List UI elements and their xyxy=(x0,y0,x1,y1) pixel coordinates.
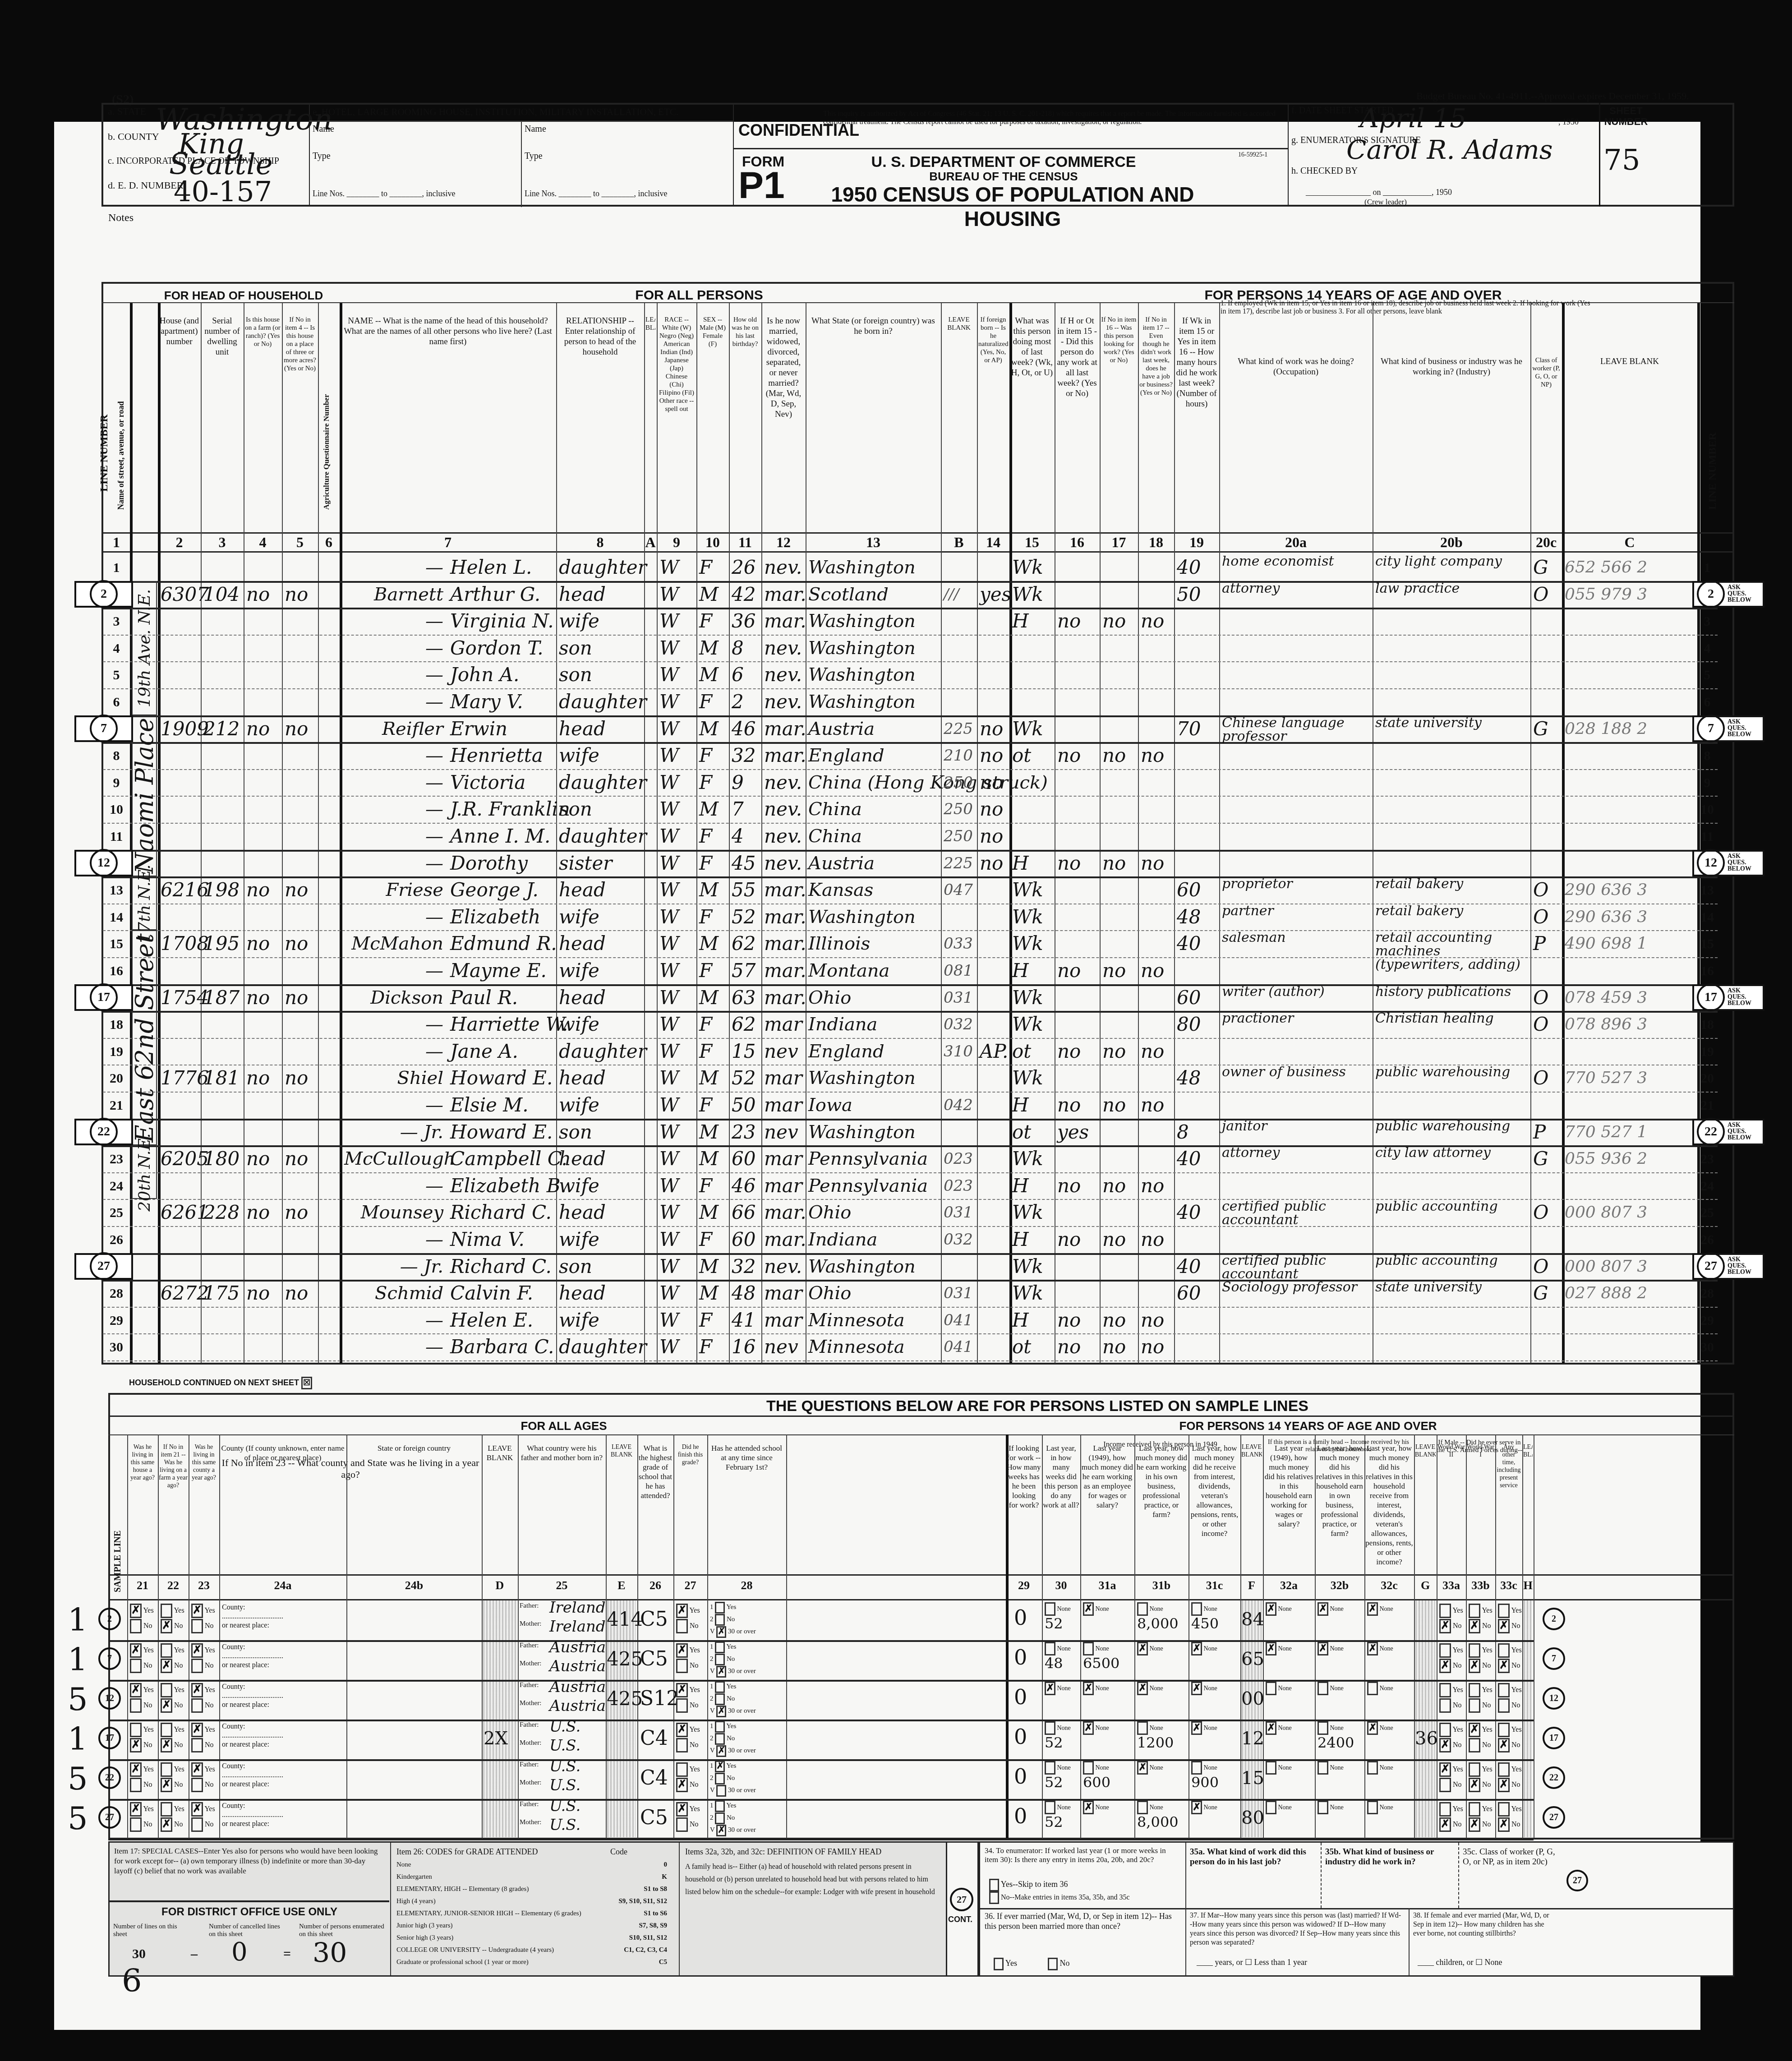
q33c-checkbox[interactable]: Yes✗ No xyxy=(1498,1802,1522,1832)
q33c-checkbox-no[interactable]: ✗ xyxy=(1498,1778,1510,1792)
q33c-checkbox-no[interactable]: ✗ xyxy=(1498,1619,1510,1633)
q21-checkbox-yes[interactable]: ✗ xyxy=(130,1762,142,1777)
q33c-checkbox[interactable]: Yes✗ No xyxy=(1498,1603,1522,1634)
q23-checkbox[interactable]: ✗ Yes No xyxy=(191,1762,215,1793)
q24a-field[interactable]: County:.................................… xyxy=(222,1683,344,1710)
income-cell-32a[interactable]: ✗ None xyxy=(1266,1602,1312,1638)
q33b-checkbox[interactable]: Yes✗ No xyxy=(1469,1643,1493,1674)
income-cell-31a[interactable]: ✗ None xyxy=(1083,1721,1132,1757)
none-checkbox[interactable]: ✗ xyxy=(1318,1602,1328,1616)
q21-checkbox-no[interactable] xyxy=(130,1659,142,1673)
cell-farm: no xyxy=(246,931,270,956)
q21-checkbox[interactable]: ✗ Yes No xyxy=(130,1802,154,1832)
none-checkbox[interactable] xyxy=(1137,1602,1148,1616)
income-cell-31b[interactable]: None8,000 xyxy=(1137,1602,1186,1638)
q23-checkbox-no[interactable] xyxy=(191,1619,203,1633)
q33a-checkbox-no[interactable]: ✗ xyxy=(1439,1738,1451,1752)
q33c-checkbox[interactable]: Yes✗ No xyxy=(1498,1722,1522,1753)
q33a-checkbox-yes[interactable] xyxy=(1439,1802,1451,1817)
q36-yes-option[interactable]: Yes xyxy=(994,1958,1017,1970)
q24a-field[interactable]: County:.................................… xyxy=(222,1722,344,1749)
none-checkbox[interactable]: ✗ xyxy=(1083,1721,1094,1735)
q22-checkbox-yes[interactable] xyxy=(161,1683,172,1697)
q23-checkbox[interactable]: ✗ Yes No xyxy=(191,1722,215,1753)
income-cell-31c[interactable]: ✗ None xyxy=(1191,1682,1238,1718)
q22-checkbox[interactable]: Yes✗ No xyxy=(161,1762,184,1793)
q22-checkbox-yes[interactable] xyxy=(161,1762,172,1777)
grid-line xyxy=(1189,1434,1189,1838)
q28-no[interactable] xyxy=(715,1693,725,1705)
income-cell-32a[interactable]: None xyxy=(1266,1761,1312,1797)
q23-checkbox-yes[interactable]: ✗ xyxy=(191,1762,203,1777)
q27-checkbox-yes[interactable] xyxy=(676,1762,688,1777)
income-cell-31a[interactable]: ✗ None xyxy=(1083,1602,1132,1638)
none-checkbox[interactable] xyxy=(1045,1642,1055,1655)
none-checkbox[interactable] xyxy=(1318,1761,1328,1775)
cell-code: 078 896 3 xyxy=(1565,1012,1647,1037)
cell-industry: history publications xyxy=(1375,985,1529,999)
grid-line xyxy=(482,1434,483,1838)
income-cell-32c[interactable]: ✗ None xyxy=(1367,1642,1411,1678)
q33c-checkbox-no[interactable]: ✗ xyxy=(1498,1659,1510,1673)
income-cell-32a[interactable]: None xyxy=(1266,1801,1312,1837)
q27-checkbox-yes[interactable]: ✗ xyxy=(676,1723,688,1737)
q28-yes[interactable] xyxy=(715,1641,725,1653)
q22-checkbox[interactable]: Yes✗ No xyxy=(161,1683,184,1713)
none-checkbox[interactable] xyxy=(1318,1721,1328,1735)
q21-checkbox-yes[interactable]: ✗ xyxy=(130,1683,142,1697)
q27-checkbox-no[interactable] xyxy=(676,1817,688,1832)
q22-checkbox-no[interactable]: ✗ xyxy=(161,1698,172,1713)
none-checkbox[interactable]: ✗ xyxy=(1191,1721,1202,1735)
q33b-checkbox[interactable]: Yes✗ No xyxy=(1469,1802,1493,1832)
q27-checkbox-yes[interactable]: ✗ xyxy=(676,1683,688,1697)
q21-checkbox[interactable]: ✗ Yes No xyxy=(130,1683,154,1713)
none-checkbox[interactable]: ✗ xyxy=(1137,1642,1148,1655)
q33a-checkbox-no[interactable]: ✗ xyxy=(1439,1817,1451,1832)
q33c-checkbox-no[interactable]: ✗ xyxy=(1498,1817,1510,1832)
q27-checkbox[interactable]: ✗ Yes No xyxy=(676,1603,700,1634)
income-cell-31c[interactable]: ✗ None xyxy=(1191,1721,1238,1757)
q33a-checkbox-no[interactable]: ✗ xyxy=(1439,1659,1451,1673)
q33b-checkbox[interactable]: Yes✗ No xyxy=(1469,1762,1493,1793)
cell-hours: 60 xyxy=(1177,985,1201,1010)
income-cell-31a[interactable]: None6500 xyxy=(1083,1642,1132,1678)
q36-no-option[interactable]: No xyxy=(1048,1958,1070,1970)
head-of-household-header: FOR HEAD OF HOUSEHOLD xyxy=(149,289,338,303)
q33b-checkbox-no[interactable] xyxy=(1469,1738,1480,1752)
q21-checkbox[interactable]: ✗ Yes No xyxy=(130,1603,154,1634)
none-checkbox[interactable] xyxy=(1045,1721,1055,1735)
q34-no-option[interactable]: No--Make entries in items 35a, 35b, and … xyxy=(989,1891,1130,1904)
q28-no[interactable] xyxy=(715,1733,725,1745)
q23-checkbox-no[interactable] xyxy=(191,1659,203,1673)
none-checkbox[interactable]: ✗ xyxy=(1137,1682,1148,1695)
none-checkbox[interactable] xyxy=(1191,1761,1202,1775)
income-cell-32c[interactable]: None xyxy=(1367,1761,1411,1797)
q22-checkbox-yes[interactable] xyxy=(161,1643,172,1658)
income-cell-32b[interactable]: None2400 xyxy=(1318,1721,1362,1757)
none-checkbox[interactable] xyxy=(1083,1642,1094,1655)
q33b-checkbox-yes[interactable] xyxy=(1469,1604,1480,1618)
q28-yes[interactable]: ✗ xyxy=(715,1761,725,1772)
q28-yes[interactable] xyxy=(715,1721,725,1733)
q33a-checkbox-yes[interactable] xyxy=(1439,1723,1451,1737)
q27-checkbox-yes[interactable]: ✗ xyxy=(676,1604,688,1618)
sample-header-30: Last year, in how many weeks did this pe… xyxy=(1043,1443,1079,1572)
q21-checkbox-no[interactable] xyxy=(130,1817,142,1832)
none-checkbox[interactable]: ✗ xyxy=(1191,1801,1202,1814)
q28-30-or-over[interactable]: ✗ xyxy=(716,1706,726,1717)
q21-checkbox-no[interactable] xyxy=(130,1698,142,1713)
none-checkbox[interactable]: ✗ xyxy=(1266,1642,1276,1655)
none-checkbox[interactable] xyxy=(1045,1602,1055,1616)
q33c-checkbox-no[interactable]: ✗ xyxy=(1498,1738,1510,1752)
sample-line-circle: 7 xyxy=(1697,715,1725,742)
income-cell-31a[interactable]: ✗ None xyxy=(1083,1801,1132,1837)
q27-checkbox[interactable]: ✗ Yes No xyxy=(676,1643,700,1674)
q23-checkbox-no[interactable] xyxy=(191,1778,203,1792)
weeks-looking: 0 xyxy=(1014,1645,1027,1670)
q22-checkbox-no[interactable]: ✗ xyxy=(161,1738,172,1752)
none-checkbox[interactable]: ✗ xyxy=(1083,1801,1094,1814)
q33b-checkbox-yes[interactable]: ✗ xyxy=(1469,1723,1480,1737)
none-checkbox[interactable] xyxy=(1318,1801,1328,1814)
q33a-checkbox[interactable]: Yes No xyxy=(1439,1683,1463,1713)
cell-rel: wife xyxy=(559,1012,599,1037)
q21-checkbox-no[interactable] xyxy=(130,1778,142,1792)
cell-age: 55 xyxy=(732,877,755,903)
q23-checkbox-yes[interactable]: ✗ xyxy=(191,1643,203,1658)
q28-options[interactable]: 1 ✗ Yes2 NoV 30 or over xyxy=(710,1760,756,1797)
q33a-checkbox-yes[interactable] xyxy=(1439,1683,1451,1697)
none-checkbox[interactable]: ✗ xyxy=(1191,1642,1202,1655)
q28-no[interactable] xyxy=(715,1773,725,1784)
q21-checkbox-no[interactable]: ✗ xyxy=(130,1738,142,1752)
income-cell-31b[interactable]: ✗ None xyxy=(1137,1642,1186,1678)
cell-rel: sister xyxy=(559,851,612,876)
line-number: 4 xyxy=(103,641,130,656)
q22-checkbox-no[interactable]: ✗ xyxy=(161,1817,172,1832)
q22-checkbox-no[interactable]: ✗ xyxy=(161,1659,172,1673)
grade-code-value: C5 xyxy=(659,1956,667,1969)
cancelled-lines-label: Number of cancelled lines on this sheet xyxy=(209,1923,281,1938)
q33c-checkbox-yes[interactable] xyxy=(1498,1683,1510,1697)
income-cell-31c[interactable]: ✗ None xyxy=(1191,1642,1238,1678)
income-cell-30[interactable]: None52 xyxy=(1045,1761,1078,1797)
cell-race: W xyxy=(659,689,679,715)
none-checkbox[interactable]: ✗ xyxy=(1083,1682,1094,1695)
q23-checkbox[interactable]: ✗ Yes No xyxy=(191,1643,215,1674)
income-cell-31b[interactable]: ✗ None xyxy=(1137,1682,1186,1718)
none-checkbox[interactable] xyxy=(1367,1761,1378,1775)
income-cell-32a[interactable]: None xyxy=(1266,1682,1312,1718)
income-cell-31c[interactable]: None900 xyxy=(1191,1761,1238,1797)
q28-no[interactable] xyxy=(715,1654,725,1665)
q27-checkbox-no[interactable] xyxy=(676,1698,688,1713)
q27-checkbox[interactable]: ✗ Yes No xyxy=(676,1683,700,1713)
q21-checkbox-yes[interactable]: ✗ xyxy=(130,1604,142,1618)
income-cell-32c[interactable]: None xyxy=(1367,1682,1411,1718)
income-cell-31a[interactable]: ✗ None xyxy=(1083,1682,1132,1718)
household-continued-checkbox[interactable]: ☒ xyxy=(301,1377,312,1389)
q33a-checkbox-yes[interactable] xyxy=(1439,1643,1451,1658)
q21-checkbox-yes[interactable]: ✗ xyxy=(130,1643,142,1658)
q24a-field[interactable]: County:.................................… xyxy=(222,1762,344,1789)
income-cell-31b[interactable]: None8,000 xyxy=(1137,1801,1186,1837)
q27-checkbox-yes[interactable]: ✗ xyxy=(676,1802,688,1817)
q22-checkbox-no[interactable]: ✗ xyxy=(161,1778,172,1792)
q33a-checkbox[interactable]: Yes✗ No xyxy=(1439,1802,1463,1832)
income-cell-32b[interactable]: ✗ None xyxy=(1318,1602,1362,1638)
sample-header-27: Did he finish this grade? xyxy=(674,1443,706,1572)
q23-checkbox-yes[interactable]: ✗ xyxy=(191,1604,203,1618)
ed-label: d. E. D. NUMBER xyxy=(108,180,183,191)
q33c-checkbox[interactable]: Yes✗ No xyxy=(1498,1643,1522,1674)
none-checkbox[interactable] xyxy=(1266,1801,1276,1814)
q23-checkbox-no[interactable] xyxy=(191,1817,203,1832)
q24a-field[interactable]: County:.................................… xyxy=(222,1603,344,1630)
sample-header-28: Has he attended school at any time since… xyxy=(708,1443,785,1572)
q28-30-or-over[interactable]: ✗ xyxy=(716,1745,726,1757)
income-cell-30[interactable]: None52 xyxy=(1045,1801,1078,1837)
income-cell-31b[interactable]: None1200 xyxy=(1137,1721,1186,1757)
cell-rel: daughter xyxy=(559,770,647,795)
q23-checkbox[interactable]: ✗ Yes No xyxy=(191,1802,215,1832)
q27-checkbox-no[interactable]: ✗ xyxy=(676,1778,688,1792)
q27-checkbox-yes[interactable]: ✗ xyxy=(676,1643,688,1658)
q33a-checkbox[interactable]: Yes✗ No xyxy=(1439,1643,1463,1674)
q33b-checkbox-no[interactable] xyxy=(1469,1698,1480,1713)
none-checkbox[interactable]: ✗ xyxy=(1318,1642,1328,1655)
income-cell-31b[interactable]: ✗ None xyxy=(1137,1761,1186,1797)
q28-yes[interactable] xyxy=(715,1681,725,1693)
grade-code-value: S9, S10, S11, S12 xyxy=(618,1895,667,1908)
cell-age: 57 xyxy=(732,958,755,983)
q27-checkbox-no[interactable] xyxy=(676,1619,688,1633)
income-cell-32b[interactable]: None xyxy=(1318,1761,1362,1797)
q22-checkbox-yes[interactable] xyxy=(161,1604,172,1618)
cell-rel: son xyxy=(559,662,592,687)
q28-yes[interactable] xyxy=(715,1602,725,1614)
income-cell-32c[interactable]: None xyxy=(1367,1801,1411,1837)
cell-race: W xyxy=(659,958,679,983)
q22-checkbox-no[interactable]: ✗ xyxy=(161,1619,172,1633)
q27-checkbox[interactable]: ✗ Yes No xyxy=(676,1722,700,1753)
q23-checkbox-no[interactable] xyxy=(191,1698,203,1713)
q28-30-or-over[interactable]: ✗ xyxy=(716,1666,726,1678)
q33b-checkbox[interactable]: Yes✗ No xyxy=(1469,1603,1493,1634)
cell-house: 6307 xyxy=(161,582,209,607)
q33a-checkbox[interactable]: ✗ Yes No xyxy=(1439,1762,1463,1793)
cell-race: W xyxy=(659,582,679,607)
income-cell-32c[interactable]: ✗ None xyxy=(1367,1721,1411,1757)
father-birthplace: U.S. xyxy=(549,1757,580,1775)
q33a-checkbox-no[interactable] xyxy=(1439,1778,1451,1792)
none-checkbox[interactable] xyxy=(1083,1761,1094,1775)
grade-code-label: High (4 years) xyxy=(396,1895,436,1908)
q21-checkbox[interactable]: ✗ Yes No xyxy=(130,1762,154,1793)
income-cell-31c[interactable]: ✗ None xyxy=(1191,1801,1238,1837)
income-cell-32a[interactable]: ✗ None xyxy=(1266,1721,1312,1757)
sample-column-number-30: 30 xyxy=(1042,1579,1080,1592)
none-checkbox[interactable] xyxy=(1045,1801,1055,1814)
line-number-right: 15 xyxy=(1694,936,1721,952)
none-checkbox[interactable] xyxy=(1191,1602,1202,1616)
income-cell-30[interactable]: None48 xyxy=(1045,1642,1078,1678)
column-number-2: 2 xyxy=(158,534,201,551)
none-checkbox[interactable]: ✗ xyxy=(1266,1602,1276,1616)
q33c-checkbox-yes[interactable] xyxy=(1498,1723,1510,1737)
income-cell-32c[interactable]: ✗ None xyxy=(1367,1602,1411,1638)
q28-yes[interactable] xyxy=(715,1800,725,1812)
column-header-20a: What kind of work was he doing? (Occupat… xyxy=(1221,356,1371,530)
notes-label: Notes xyxy=(108,212,134,224)
cell-birthplace: Austria xyxy=(808,851,875,876)
q22-checkbox[interactable]: Yes✗ No xyxy=(161,1802,184,1832)
q21-checkbox[interactable]: ✗ Yes No xyxy=(130,1643,154,1674)
income-cell-32a[interactable]: ✗ None xyxy=(1266,1642,1312,1678)
income-cell-30[interactable]: None52 xyxy=(1045,1721,1078,1757)
q23-checkbox-no[interactable] xyxy=(191,1738,203,1752)
cell-race: W xyxy=(659,1039,679,1064)
q38-text: 38. If female and ever married (Mar, Wd,… xyxy=(1413,1911,1557,1938)
q33a-checkbox-no[interactable] xyxy=(1439,1698,1451,1713)
q33c-checkbox-yes[interactable] xyxy=(1498,1643,1510,1658)
q33c-checkbox-yes[interactable] xyxy=(1498,1762,1510,1777)
q22-checkbox-yes[interactable] xyxy=(161,1723,172,1737)
q22-checkbox[interactable]: Yes✗ No xyxy=(161,1643,184,1674)
sample-header-33b: World War I xyxy=(1467,1443,1494,1572)
none-checkbox[interactable] xyxy=(1137,1801,1148,1814)
q28-options[interactable]: 1 Yes2 NoV ✗ 30 or over xyxy=(710,1800,756,1836)
q28-options[interactable]: 1 Yes2 NoV ✗ 30 or over xyxy=(710,1720,756,1757)
none-checkbox[interactable]: ✗ xyxy=(1367,1642,1378,1655)
none-checkbox[interactable]: ✗ xyxy=(1083,1602,1094,1616)
q33c-checkbox[interactable]: Yes No xyxy=(1498,1683,1522,1713)
q33c-checkbox[interactable]: Yes✗ No xyxy=(1498,1762,1522,1793)
q37-answer[interactable]: ____ years, or ☐ Less than 1 year xyxy=(1197,1958,1307,1967)
column-number-16: 16 xyxy=(1055,534,1100,551)
none-checkbox[interactable]: ✗ xyxy=(1367,1602,1378,1616)
sample-line-tab-left: 2 xyxy=(74,581,133,608)
q23-checkbox-yes[interactable]: ✗ xyxy=(191,1683,203,1697)
none-checkbox[interactable]: ✗ xyxy=(1137,1761,1148,1775)
none-checkbox[interactable] xyxy=(1266,1761,1276,1775)
income-cell-32b[interactable]: None xyxy=(1318,1682,1362,1718)
q33a-checkbox[interactable]: Yes✗ No xyxy=(1439,1722,1463,1753)
q24a-field[interactable]: County:.................................… xyxy=(222,1802,344,1829)
cell-b: 041 xyxy=(944,1334,973,1360)
income-cell-30[interactable]: None52 xyxy=(1045,1602,1078,1638)
q33b-checkbox-no[interactable]: ✗ xyxy=(1469,1659,1480,1673)
q28-30-or-over[interactable] xyxy=(716,1785,726,1797)
none-checkbox[interactable] xyxy=(1367,1682,1378,1695)
none-checkbox[interactable]: ✗ xyxy=(1266,1721,1276,1735)
q21-checkbox[interactable]: Yes✗ No xyxy=(130,1722,154,1753)
q28-options[interactable]: 1 Yes2 NoV ✗ 30 or over xyxy=(710,1601,756,1638)
q33c-checkbox-no[interactable] xyxy=(1498,1698,1510,1713)
q33a-checkbox-yes[interactable]: ✗ xyxy=(1439,1762,1451,1777)
cell-rel: daughter xyxy=(559,824,647,849)
none-checkbox[interactable] xyxy=(1266,1682,1276,1695)
q27-checkbox[interactable]: ✗ Yes No xyxy=(676,1802,700,1832)
cell-birthplace: Indiana xyxy=(808,1227,877,1252)
none-checkbox[interactable] xyxy=(1367,1801,1378,1814)
income-cell-30[interactable]: ✗ None xyxy=(1045,1682,1078,1718)
q28-no[interactable] xyxy=(715,1614,725,1626)
grade-code-value: K xyxy=(662,1871,667,1883)
q33b-checkbox-yes[interactable] xyxy=(1469,1643,1480,1658)
q23-checkbox-yes[interactable]: ✗ xyxy=(191,1723,203,1737)
q33b-checkbox-yes[interactable] xyxy=(1469,1802,1480,1817)
q27-checkbox[interactable]: Yes✗ No xyxy=(676,1762,700,1793)
q23-checkbox[interactable]: ✗ Yes No xyxy=(191,1603,215,1634)
none-checkbox[interactable] xyxy=(1137,1721,1148,1735)
none-checkbox[interactable]: ✗ xyxy=(1045,1682,1055,1695)
q28-30-or-over[interactable]: ✗ xyxy=(716,1626,726,1638)
q28-options[interactable]: 1 Yes2 NoV ✗ 30 or over xyxy=(710,1681,756,1717)
cell-house: 6216 xyxy=(161,877,209,903)
q33c-checkbox-yes[interactable] xyxy=(1498,1604,1510,1618)
q33c-checkbox-yes[interactable] xyxy=(1498,1802,1510,1817)
sample-row-divider xyxy=(108,1839,1534,1840)
weeks-looking: 0 xyxy=(1014,1764,1027,1789)
given-name: Helen E. xyxy=(450,1308,533,1333)
q21-checkbox-yes[interactable]: ✗ xyxy=(130,1802,142,1817)
q22-checkbox[interactable]: Yes✗ No xyxy=(161,1603,184,1634)
q38-answer[interactable]: ____ children, or ☐ None xyxy=(1418,1958,1502,1967)
q27-checkbox-no[interactable] xyxy=(676,1738,688,1752)
q22-checkbox[interactable]: Yes✗ No xyxy=(161,1722,184,1753)
q33b-checkbox-yes[interactable] xyxy=(1469,1762,1480,1777)
q33b-checkbox[interactable]: ✗ Yes No xyxy=(1469,1722,1493,1753)
cell-activity: ot xyxy=(1012,1334,1031,1360)
q33b-checkbox-no[interactable]: ✗ xyxy=(1469,1778,1480,1792)
date-year: , 1950 xyxy=(1558,117,1579,127)
q33b-checkbox-yes[interactable] xyxy=(1469,1683,1480,1697)
q22-checkbox-yes[interactable] xyxy=(161,1802,172,1817)
income-cell-31a[interactable]: None600 xyxy=(1083,1761,1132,1797)
mother-birthplace: U.S. xyxy=(549,1776,580,1794)
q23-checkbox[interactable]: ✗ Yes No xyxy=(191,1683,215,1713)
q27-checkbox-no[interactable] xyxy=(676,1659,688,1673)
q28-no[interactable] xyxy=(715,1812,725,1824)
q33a-checkbox-yes[interactable] xyxy=(1439,1604,1451,1618)
q34-yes-option[interactable]: Yes--Skip to item 36 xyxy=(989,1879,1068,1891)
none-checkbox[interactable]: ✗ xyxy=(1191,1682,1202,1695)
none-checkbox[interactable]: ✗ xyxy=(1367,1721,1378,1735)
q28-30-or-over[interactable]: ✗ xyxy=(716,1825,726,1836)
none-checkbox[interactable] xyxy=(1045,1761,1055,1775)
q28-options[interactable]: 1 Yes2 NoV ✗ 30 or over xyxy=(710,1641,756,1678)
q21-checkbox-no[interactable] xyxy=(130,1619,142,1633)
none-checkbox[interactable] xyxy=(1318,1682,1328,1695)
q33a-checkbox-no[interactable]: ✗ xyxy=(1439,1619,1451,1633)
q33b-checkbox-no[interactable]: ✗ xyxy=(1469,1817,1480,1832)
q33b-checkbox-no[interactable]: ✗ xyxy=(1469,1619,1480,1633)
q24a-field[interactable]: County:.................................… xyxy=(222,1643,344,1670)
income-cell-31c[interactable]: None450 xyxy=(1191,1602,1238,1638)
q33a-checkbox[interactable]: Yes✗ No xyxy=(1439,1603,1463,1634)
q23-checkbox-yes[interactable]: ✗ xyxy=(191,1802,203,1817)
income-cell-32b[interactable]: None xyxy=(1318,1801,1362,1837)
q21-checkbox-yes[interactable] xyxy=(130,1723,142,1737)
cell-hours: 40 xyxy=(1177,931,1201,956)
income-cell-32b[interactable]: ✗ None xyxy=(1318,1642,1362,1678)
cell-rel: son xyxy=(559,1120,592,1145)
q33b-checkbox[interactable]: Yes No xyxy=(1469,1683,1493,1713)
